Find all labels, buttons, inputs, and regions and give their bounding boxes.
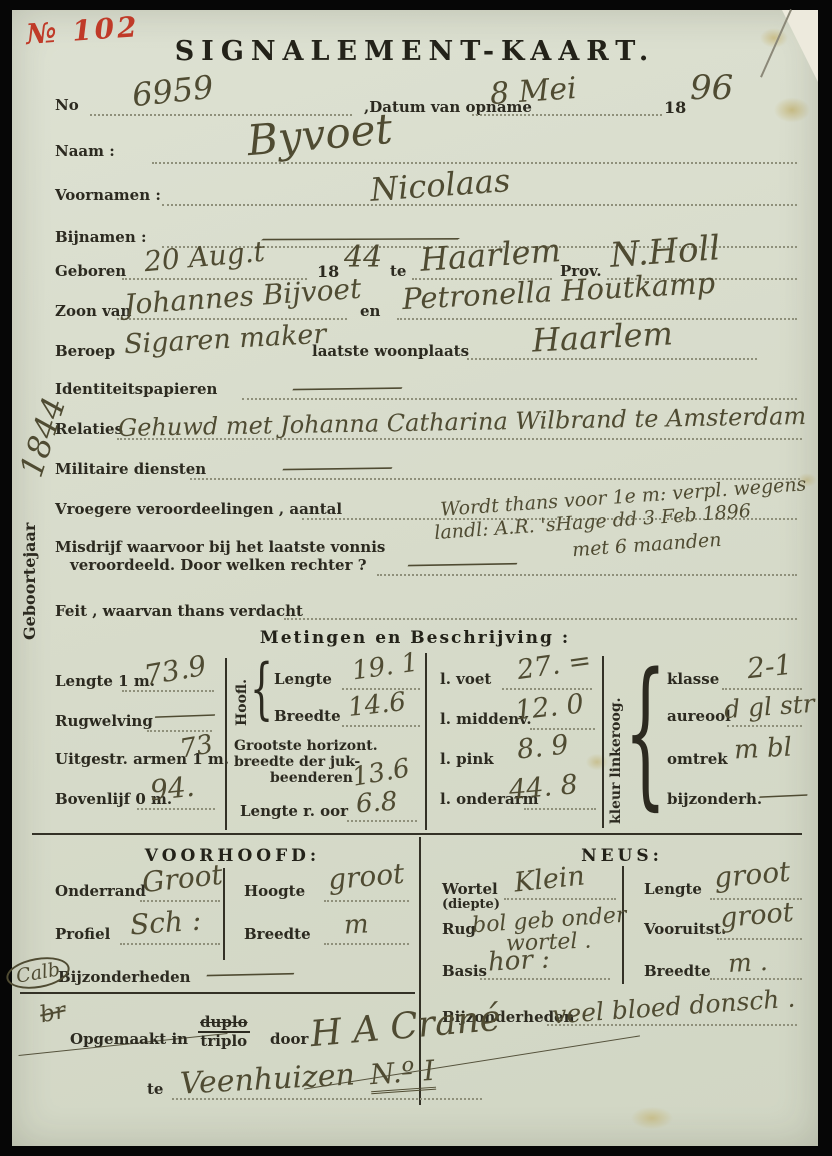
voorhoofd-bijzonderheden-value: — [197, 958, 302, 988]
onderrand-value: Groot [140, 858, 224, 899]
jukbeenderen-label-line3: beenderen [270, 770, 353, 786]
hoogte-label: Hoogte [244, 882, 305, 900]
triplo-option: triplo [200, 1033, 247, 1050]
leader-line [162, 204, 797, 206]
vooruitst-value: groot [719, 897, 795, 934]
profiel-value: Sch : [129, 904, 202, 942]
onderrand-label: Onderrand [55, 882, 146, 900]
card-copy-number: N.º I [369, 1054, 436, 1094]
vroegere-note-3: met 6 maanden [571, 529, 722, 561]
relaties-value: Gehuwd met Johanna Catharina Wilbrand te… [118, 402, 807, 442]
jukbeenderen-label-line2: breedte der juk- [234, 754, 360, 770]
militaire-diensten-value: — [272, 452, 401, 482]
leader-line [122, 690, 214, 692]
table-divider [425, 653, 427, 830]
leader-line [524, 808, 596, 810]
woonplaats-value: Haarlem [531, 314, 674, 359]
neus-bijzonderheden-value: veel bloed donsch . [551, 984, 796, 1030]
neus-lengte-label: Lengte [644, 880, 702, 898]
voorhoofd-bijzonderheden-label: Bijzonderheden [58, 968, 191, 986]
leader-line [504, 898, 616, 900]
militaire-diensten-label: Militaire diensten [55, 460, 206, 478]
uitgestr-armen-value: 73 [178, 729, 216, 764]
neus-lengte-value: groot [713, 855, 792, 895]
basis-value: hor : [487, 944, 550, 977]
signalement-card: № 102 SIGNALEMENT-KAART. No 6959 ,Datum … [12, 10, 818, 1146]
no-label: No [55, 96, 79, 114]
kleur-linkeroog-brace: { [624, 652, 667, 812]
geboren-date: 20 Aug.t [143, 235, 266, 278]
l-pink-label: l. pink [440, 750, 494, 768]
rugwelving-value: — [148, 702, 221, 729]
vroegere-label: Vroegere veroordeelingen , aantal [55, 500, 342, 518]
leader-line [710, 978, 802, 980]
signature: H A Crané [309, 998, 503, 1055]
geboortejaar-vertical-label: Geboortejaar [20, 506, 39, 640]
lengte-oor-label: Lengte r. oor [240, 802, 348, 820]
leader-line [342, 725, 420, 727]
voorhoofd-breedte-label: Breedte [244, 925, 311, 943]
opgemaakt-label: Opgemaakt in [70, 1030, 188, 1048]
lengte-value: 73.9 [142, 649, 209, 692]
naam-value: Byvoet [245, 104, 394, 165]
aureool-label: aureool [667, 707, 731, 725]
misdrijf-label-line1: Misdrijf waarvoor bij het laatste vonnis [55, 538, 385, 556]
leader-line [120, 943, 220, 945]
hoofl-brace: { [250, 656, 273, 722]
hoogte-value: groot [327, 857, 406, 897]
leader-line [467, 358, 757, 360]
wortel-diepte-label: (diepte) [442, 897, 500, 912]
misdrijf-value: — [396, 548, 528, 578]
leader-line [324, 900, 409, 902]
page-title: SIGNALEMENT-KAART. [12, 36, 818, 67]
vooruitst-label: Vooruitst. [644, 920, 726, 938]
misdrijf-label-line2: veroordeeld. Door welken rechter ? [70, 556, 367, 574]
table-divider [225, 658, 227, 830]
identiteitspapieren-label: Identiteitspapieren [55, 380, 217, 398]
geboren-year: 44 [344, 240, 382, 275]
kleur-linkeroog-vertical-label: kleur linkeroog. [608, 668, 624, 824]
klasse-label: klasse [667, 670, 719, 688]
wortel-label: Wortel [442, 880, 498, 898]
hoofd-lengte-value: 19. 1 [350, 648, 420, 687]
leader-line [284, 618, 797, 620]
hoofd-breedte-value: 14.6 [347, 687, 408, 723]
profiel-label: Profiel [55, 925, 110, 943]
geboren-label: Geboren [55, 262, 126, 280]
wortel-value: Klein [513, 860, 587, 898]
neus-breedte-value: m . [727, 947, 768, 978]
section-rule [32, 833, 802, 835]
woonplaats-label: laatste woonplaats [312, 342, 469, 360]
klasse-value: 2-1 [745, 648, 793, 686]
leader-line [140, 900, 220, 902]
l-onderarm-value: 44. 8 [508, 769, 579, 806]
margin-scribble: Calb [4, 953, 72, 994]
omtrek-value: m bl [733, 733, 792, 766]
l-middenv-value: 12. 0 [514, 688, 586, 726]
leader-line [727, 725, 802, 727]
hoofd-breedte-label: Breedte [274, 707, 341, 725]
voorhoofd-rule [20, 992, 415, 994]
beroep-label: Beroep [55, 342, 115, 360]
crossed-scribble: br [38, 998, 69, 1029]
lengte-oor-value: 6.8 [355, 787, 398, 820]
feit-label: Feit , waarvan thans verdacht [55, 602, 303, 620]
bijnamen-label: Bijnamen : [55, 228, 147, 246]
leader-line [472, 114, 662, 116]
leader-line [717, 938, 802, 940]
te-label: te [147, 1080, 163, 1098]
metingen-section-title: Metingen en Beschrijving : [12, 628, 818, 648]
rugwelving-label: Rugwelving [55, 712, 153, 730]
lengte-label: Lengte 1 m. [55, 672, 155, 690]
hoofd-lengte-label: Lengte [274, 670, 332, 688]
voorhoofd-breedte-value: m [343, 909, 369, 940]
table-divider [602, 656, 604, 828]
jukbeenderen-label-line1: Grootste horizont. [234, 738, 378, 754]
rug-label: Rug [442, 920, 476, 938]
neus-breedte-label: Breedte [644, 962, 711, 980]
bovenlijf-value: 94. [148, 770, 196, 807]
leader-line [137, 808, 215, 810]
leader-line [480, 978, 610, 980]
identiteitspapieren-value: — [282, 372, 411, 402]
bijzonderh-value: — [754, 782, 813, 809]
leader-line [324, 943, 409, 945]
aureool-value: d gl str [723, 689, 816, 724]
l-voet-value: 27. = [515, 645, 593, 686]
no-value: 6959 [130, 68, 215, 114]
beroep-value: Sigaren maker [123, 319, 327, 361]
bijzonderh-label: bijzonderh. [667, 790, 762, 808]
year-value: 96 [690, 68, 733, 108]
naam-label: Naam : [55, 142, 115, 160]
door-label: door [270, 1030, 308, 1048]
l-voet-label: l. voet [440, 670, 491, 688]
voorhoofd-inner-divider [223, 868, 225, 960]
geboren-te-label: te [390, 262, 406, 280]
duplo-triplo-fraction: duplo triplo [198, 1014, 250, 1049]
year-prefix: 18 [664, 98, 686, 117]
en-label: en [360, 302, 380, 320]
voornamen-value: Nicolaas [369, 161, 512, 209]
l-pink-value: 8. 9 [516, 729, 570, 765]
scanned-document-page: № 102 SIGNALEMENT-KAART. No 6959 ,Datum … [0, 0, 832, 1156]
voornamen-label: Voornamen : [55, 186, 161, 204]
duplo-option: duplo [198, 1014, 250, 1033]
leader-line [347, 820, 417, 822]
datum-value: 8 Mei [489, 71, 578, 112]
place-value: Veenhuizen [179, 1057, 355, 1101]
hoofl-vertical-label: Hoofl. [234, 662, 250, 726]
omtrek-label: omtrek [667, 750, 728, 768]
